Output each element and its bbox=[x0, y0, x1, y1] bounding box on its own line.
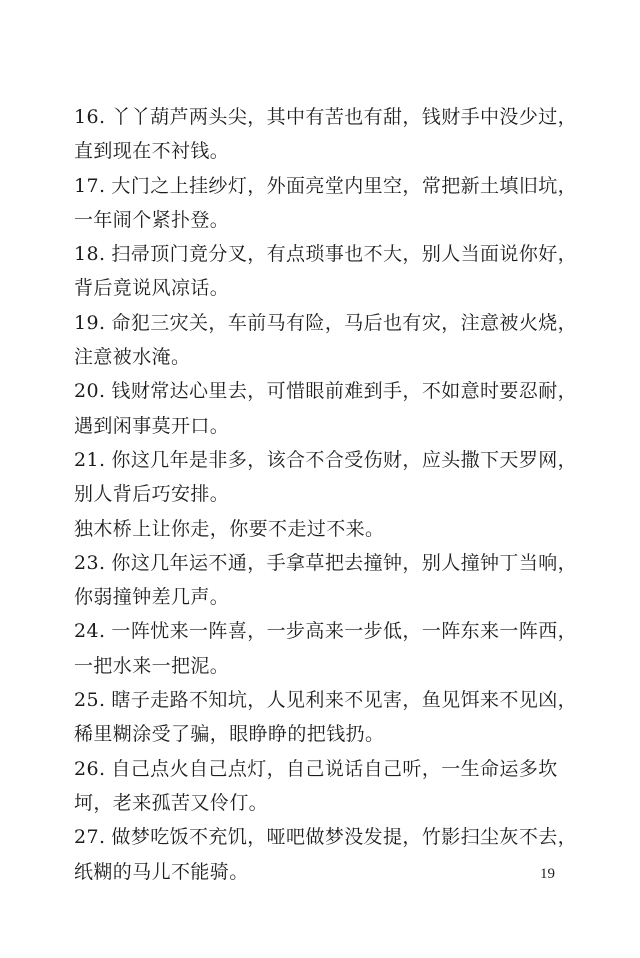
entry-25-line-2: 稀里糊涂受了骗，眼睁睁的把钱扔。 bbox=[74, 717, 574, 751]
entry-number: 25. bbox=[74, 683, 105, 717]
entry-text: 命犯三灾关，车前马有险，马后也有灾，注意被火烧， bbox=[111, 312, 577, 334]
entry-number: 19. bbox=[74, 306, 105, 340]
entry-text: 你这几年运不通，手拿草把去撞钟，别人撞钟丁当响， bbox=[111, 552, 577, 574]
entry-number: 20. bbox=[74, 374, 105, 408]
entry-number: 17. bbox=[74, 169, 105, 203]
entry-text: 扫帚顶门竟分叉，有点琐事也不大，别人当面说你好， bbox=[111, 243, 577, 265]
entry-21-line-1: 21.你这几年是非多，该合不合受伤财，应头撒下天罗网， bbox=[74, 443, 574, 477]
entry-text: 一阵忧来一阵喜，一步高来一步低，一阵东来一阵西， bbox=[111, 620, 577, 642]
entry-26-line-2: 坷，老来孤苦又伶仃。 bbox=[74, 786, 574, 820]
entry-24-line-1: 24.一阵忧来一阵喜，一步高来一步低，一阵东来一阵西， bbox=[74, 614, 574, 648]
entry-18-line-1: 18.扫帚顶门竟分叉，有点琐事也不大，别人当面说你好， bbox=[74, 237, 574, 271]
entry-19-line-1: 19.命犯三灾关，车前马有险，马后也有灾，注意被火烧， bbox=[74, 306, 574, 340]
entry-16-line-2: 直到现在不衬钱。 bbox=[74, 134, 574, 168]
entry-text: 做梦吃饭不充饥，哑吧做梦没发提，竹影扫尘灰不去， bbox=[111, 826, 577, 848]
entry-18-line-2: 背后竟说风凉话。 bbox=[74, 271, 574, 305]
page-number: 19 bbox=[540, 866, 555, 883]
entry-text: 大门之上挂纱灯，外面亮堂内里空，常把新土填旧坑， bbox=[111, 175, 577, 197]
entry-16-line-1: 16.丫丫葫芦两头尖，其中有苦也有甜，钱财手中没少过， bbox=[74, 100, 574, 134]
entry-text: 钱财常达心里去，可惜眼前难到手，不如意时要忍耐， bbox=[111, 380, 577, 402]
entry-24-line-2: 一把水来一把泥。 bbox=[74, 649, 574, 683]
entry-number: 16. bbox=[74, 100, 105, 134]
entry-27-line-2: 纸糊的马儿不能骑。 bbox=[74, 855, 574, 889]
entry-17-line-1: 17.大门之上挂纱灯，外面亮堂内里空，常把新土填旧坑， bbox=[74, 169, 574, 203]
entry-number: 26. bbox=[74, 752, 105, 786]
entry-21-line-2: 别人背后巧安排。 bbox=[74, 477, 574, 511]
entry-text: 瞎子走路不知坑，人见利来不见害，鱼见饵来不见凶， bbox=[111, 689, 577, 711]
entry-19-line-2: 注意被水淹。 bbox=[74, 340, 574, 374]
entry-25-line-1: 25.瞎子走路不知坑，人见利来不见害，鱼见饵来不见凶， bbox=[74, 683, 574, 717]
entry-17-line-2: 一年闹个紧扑登。 bbox=[74, 203, 574, 237]
entry-20-line-1: 20.钱财常达心里去，可惜眼前难到手，不如意时要忍耐， bbox=[74, 374, 574, 408]
entry-27-line-1: 27.做梦吃饭不充饥，哑吧做梦没发提，竹影扫尘灰不去， bbox=[74, 820, 574, 854]
entry-23-line-2: 你弱撞钟差几声。 bbox=[74, 580, 574, 614]
entry-text: 丫丫葫芦两头尖，其中有苦也有甜，钱财手中没少过， bbox=[111, 106, 577, 128]
entry-number: 24. bbox=[74, 614, 105, 648]
entry-text: 你这几年是非多，该合不合受伤财，应头撒下天罗网， bbox=[111, 449, 577, 471]
entry-22-line-1: 独木桥上让你走，你要不走过不来。 bbox=[74, 512, 574, 546]
entry-number: 27. bbox=[74, 820, 105, 854]
entry-23-line-1: 23.你这几年运不通，手拿草把去撞钟，别人撞钟丁当响， bbox=[74, 546, 574, 580]
entry-26-line-1: 26.自己点火自己点灯，自己说话自己听，一生命运多坎 bbox=[74, 752, 574, 786]
entry-number: 18. bbox=[74, 237, 105, 271]
entry-number: 21. bbox=[74, 443, 105, 477]
entry-20-line-2: 遇到闲事莫开口。 bbox=[74, 409, 574, 443]
entry-number: 23. bbox=[74, 546, 105, 580]
entry-text: 自己点火自己点灯，自己说话自己听，一生命运多坎 bbox=[111, 758, 557, 780]
document-body: 16.丫丫葫芦两头尖，其中有苦也有甜，钱财手中没少过， 直到现在不衬钱。 17.… bbox=[74, 100, 574, 889]
